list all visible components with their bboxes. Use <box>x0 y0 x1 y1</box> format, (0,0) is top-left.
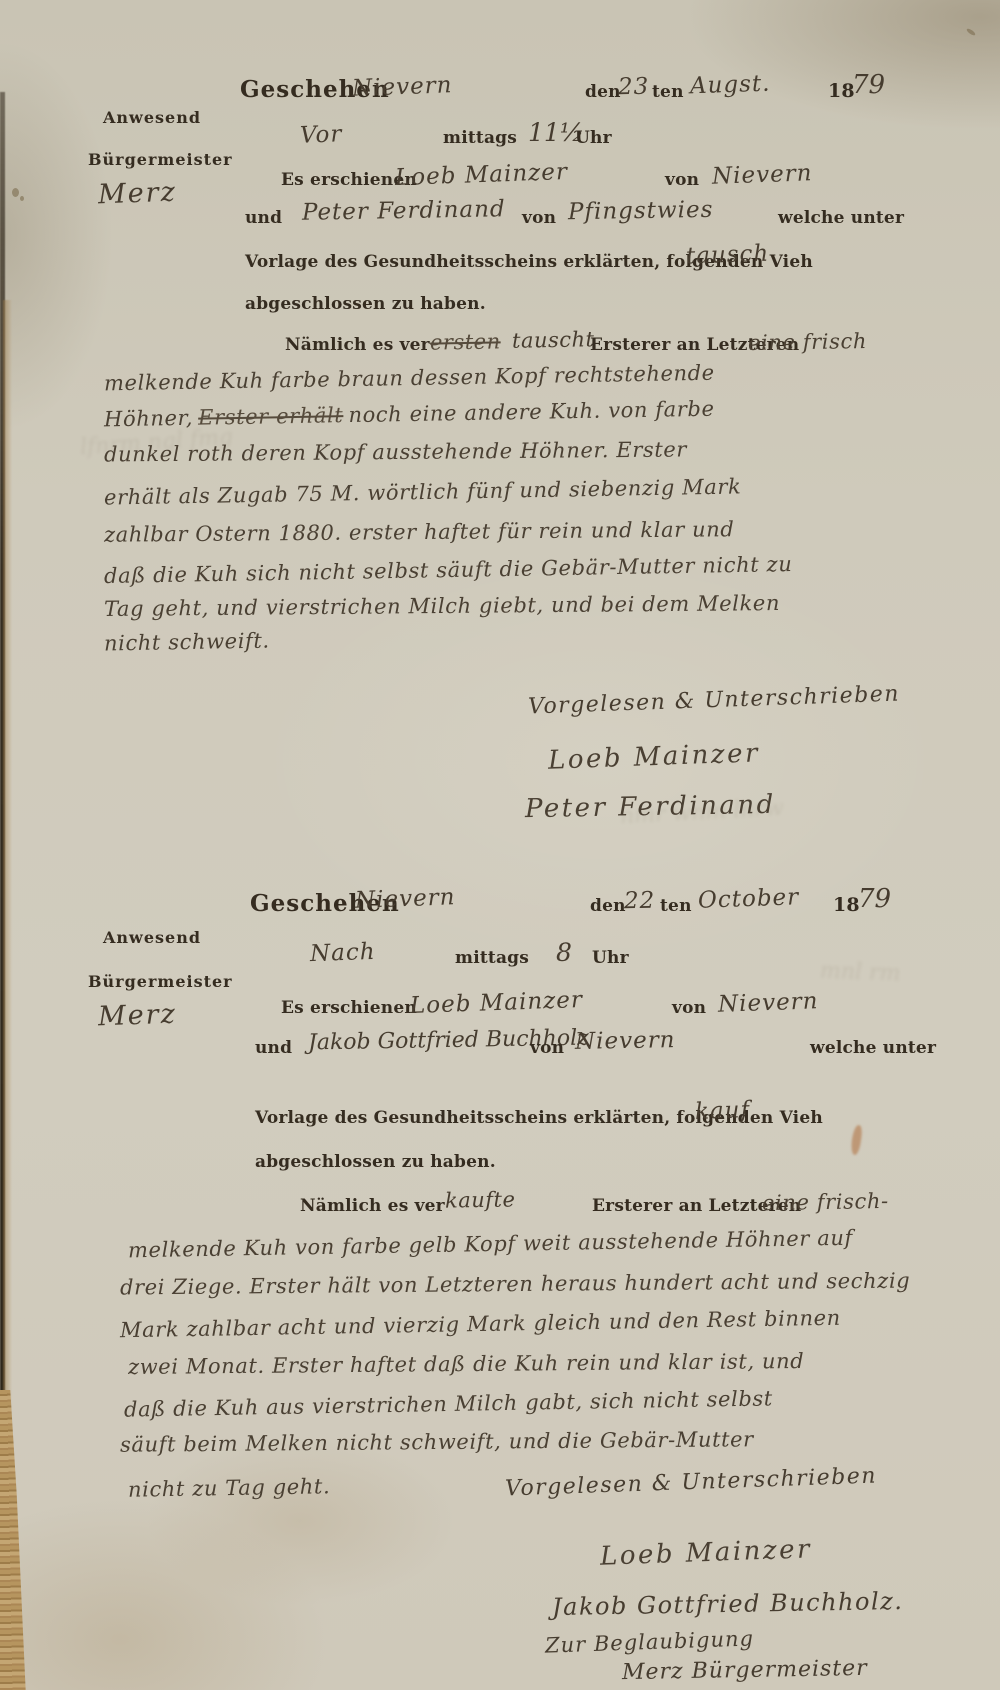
handwritten-party1-name: Loeb Mainzer <box>410 987 584 1019</box>
handwritten-struck-word: ersten <box>430 329 501 354</box>
printed-den: den <box>590 896 626 916</box>
printed-mittags: mittags <box>443 128 517 148</box>
handwritten-transaction-word: tausch <box>686 241 770 270</box>
margin-mayor-name: Merz <box>97 999 177 1033</box>
handwritten-party2-name: Peter Ferdinand <box>302 196 506 226</box>
underlying-page-edges <box>0 1390 27 1690</box>
printed-von: von <box>522 208 556 228</box>
printed-abgeschlossen: abgeschlossen zu haben. <box>255 1152 496 1172</box>
struck-segment: Erster erhält <box>198 403 344 430</box>
handwritten-year: 79 <box>852 70 885 100</box>
margin-anwesend: Anwesend <box>103 108 201 127</box>
handwritten-party1-place: Nievern <box>718 988 819 1017</box>
handwritten-month: Augst. <box>690 71 771 100</box>
handwritten-line: nicht schweift. <box>104 629 270 656</box>
printed-century: 18 <box>828 80 855 102</box>
printed-uhr: Uhr <box>592 948 629 968</box>
printed-den: den <box>585 82 621 102</box>
printed-ten: ten <box>660 896 692 916</box>
margin-anwesend: Anwesend <box>103 928 201 947</box>
printed-abgeschlossen: abgeschlossen zu haben. <box>245 294 486 314</box>
handwritten-closing: Vorgelesen & Unterschrieben <box>528 682 901 720</box>
handwritten-line: zwei Monat. Erster haftet daß die Kuh re… <box>128 1349 804 1379</box>
paper-speck <box>20 196 24 201</box>
handwritten-line: säuft beim Melken nicht schweift, und di… <box>120 1427 754 1457</box>
printed-von: von <box>665 170 699 190</box>
printed-naemlich: Nämlich es ver <box>285 335 430 355</box>
handwritten-month: October <box>698 884 800 914</box>
handwritten-day: 22 <box>624 888 656 915</box>
printed-und: und <box>245 208 282 228</box>
handwritten-line: Mark zahlbar acht und vierzig Mark gleic… <box>120 1306 841 1343</box>
handwritten-inserted-word: kaufte <box>445 1187 516 1212</box>
printed-von: von <box>530 1038 564 1058</box>
printed-ten: ten <box>652 82 684 102</box>
register-page: lfnrm ngl fmg nmr wnm lnrw mnl rm Gesche… <box>0 0 1000 1690</box>
margin-mayor-name: Merz <box>97 177 177 211</box>
signature-party2: Peter Ferdinand <box>525 790 776 824</box>
handwritten-line: erhält als Zugab 75 M. wörtlich fünf und… <box>104 474 742 509</box>
handwritten-line: daß die Kuh aus vierstrichen Milch gabt,… <box>124 1386 773 1421</box>
handwritten-line: zahlbar Ostern 1880. erster haftet für r… <box>104 517 735 547</box>
show-through-writing: mnl rm <box>820 959 901 987</box>
handwritten-line: melkende Kuh farbe braun dessen Kopf rec… <box>104 361 715 396</box>
printed-welche-unter: welche unter <box>810 1038 936 1058</box>
handwritten-line: dunkel roth deren Kopf ausstehende Höhne… <box>104 437 687 466</box>
printed-mittags: mittags <box>455 948 529 968</box>
attestation-label: Zur Beglaubigung <box>545 1626 755 1657</box>
handwritten-party2-place: Pfingstwies <box>568 197 714 226</box>
handwritten-place: Nievern <box>352 72 453 101</box>
signature-party2: Jakob Gottfried Buchholz. <box>552 1587 904 1621</box>
printed-century: 18 <box>833 894 860 916</box>
handwritten-party1-place: Nievern <box>712 160 813 189</box>
handwritten-line: melkende Kuh von farbe gelb Kopf weit au… <box>128 1226 853 1263</box>
signature-party1: Loeb Mainzer <box>600 1534 813 1571</box>
printed-uhr: Uhr <box>575 128 612 148</box>
margin-buergermeister: Bürgermeister <box>88 150 233 169</box>
signature-party1: Loeb Mainzer <box>548 738 761 775</box>
handwritten-party1-name: Loeb Mainzer <box>395 159 569 191</box>
handwritten-place: Nievern <box>355 884 456 913</box>
printed-von: von <box>672 998 706 1018</box>
handwritten-day: 23 <box>618 74 650 101</box>
handwritten-line: Tag geht, und vierstrichen Milch giebt, … <box>104 591 780 621</box>
paper-speck <box>966 27 976 36</box>
handwritten-hour: 8 <box>556 938 572 967</box>
ink-stain <box>850 1125 863 1156</box>
handwritten-line: eine frisch- <box>762 1189 889 1215</box>
attestation-signature: Merz Bürgermeister <box>622 1656 868 1685</box>
handwritten-time-part: Vor <box>300 121 343 148</box>
handwritten-year: 79 <box>858 884 891 914</box>
handwritten-line: Höhner, Erster erhält noch eine andere K… <box>104 397 715 432</box>
printed-welche-unter: welche unter <box>778 208 904 228</box>
margin-buergermeister: Bürgermeister <box>88 972 233 991</box>
paper-speck <box>12 188 19 197</box>
printed-es-erschienen: Es erschienen <box>281 998 417 1018</box>
handwritten-line: nicht zu Tag geht. <box>128 1474 331 1502</box>
handwritten-time-part: Nach <box>310 939 376 967</box>
printed-und: und <box>255 1038 292 1058</box>
handwritten-closing: Vorgelesen & Unterschrieben <box>505 1464 878 1502</box>
handwritten-party2-place: Nievern <box>575 1027 676 1055</box>
line-segment: noch eine andere Kuh. von farbe <box>348 397 714 427</box>
handwritten-transaction-word: kauf <box>695 1097 751 1125</box>
handwritten-line: eine frisch <box>748 329 867 355</box>
line-segment: Höhner, <box>104 406 193 432</box>
handwritten-line: drei Ziege. Erster hält von Letzteren he… <box>120 1269 910 1300</box>
printed-naemlich: Nämlich es ver <box>300 1196 445 1216</box>
handwritten-line: daß die Kuh sich nicht selbst säuft die … <box>104 552 793 588</box>
handwritten-inserted-word: tauscht <box>512 327 595 352</box>
